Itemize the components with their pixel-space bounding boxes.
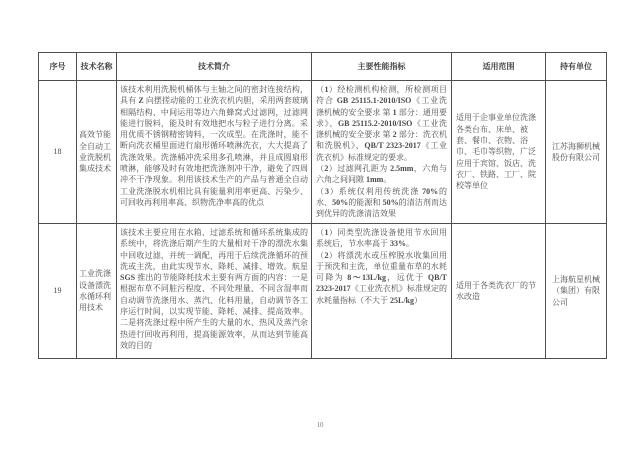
cell-holder-19: 上海航星机械（集团）有限公司 [546,224,607,359]
cell-name-18: 高效节能全自动工业洗脱机集成技术 [77,81,117,224]
table-row-19: 19 工业洗涤设备漂洗水循环利用技术 该技术主要应用在水箱、过滤系统和循环系统集… [39,224,607,359]
header-technology-name: 技术名称 [77,53,117,81]
header-technology-intro: 技术简介 [117,53,312,81]
cell-intro-18: 该技术利用洗脱机桶体与主轴之间的密封连接结构，具有 Z 向摆搓动能的工业洗衣机内… [117,81,312,224]
page-number: 10 [0,421,640,429]
header-holding-unit: 持有单位 [546,53,607,81]
header-serial-number: 序号 [39,53,77,81]
technology-table: 序号 技术名称 技术简介 主要性能指标 适用范围 持有单位 18 高效节能全自动… [38,52,607,359]
table-header-row: 序号 技术名称 技术简介 主要性能指标 适用范围 持有单位 [39,53,607,81]
cell-holder-18: 江苏海狮机械股份有限公司 [546,81,607,224]
cell-serial-19: 19 [39,224,77,359]
document-page: 序号 技术名称 技术简介 主要性能指标 适用范围 持有单位 18 高效节能全自动… [0,0,640,452]
cell-intro-19: 该技术主要应用在水箱、过滤系统和循环系统集成的系统中，将洗涤后期产生的大量相对干… [117,224,312,359]
cell-indicators-18: （1）经检测机构检测，所检测项目符合 GB 25115.1-2010/ISO《工… [312,81,452,224]
header-application-scope: 适用范围 [452,53,546,81]
cell-scope-19: 适用于各类洗衣厂的节水改造 [452,224,546,359]
table-row-18: 18 高效节能全自动工业洗脱机集成技术 该技术利用洗脱机桶体与主轴之间的密封连接… [39,81,607,224]
header-performance-indicators: 主要性能指标 [312,53,452,81]
cell-scope-18: 适用于企事业单位洗涤各类台布、床单、被套、餐巾、衣物、浴巾、毛巾等织物，广泛应用… [452,81,546,224]
cell-name-19: 工业洗涤设备漂洗水循环利用技术 [77,224,117,359]
cell-indicators-19: （1）同类型洗涤设备使用节水回用系统后，节水率高于 33%。 （2）将漂洗水或压… [312,224,452,359]
cell-serial-18: 18 [39,81,77,224]
